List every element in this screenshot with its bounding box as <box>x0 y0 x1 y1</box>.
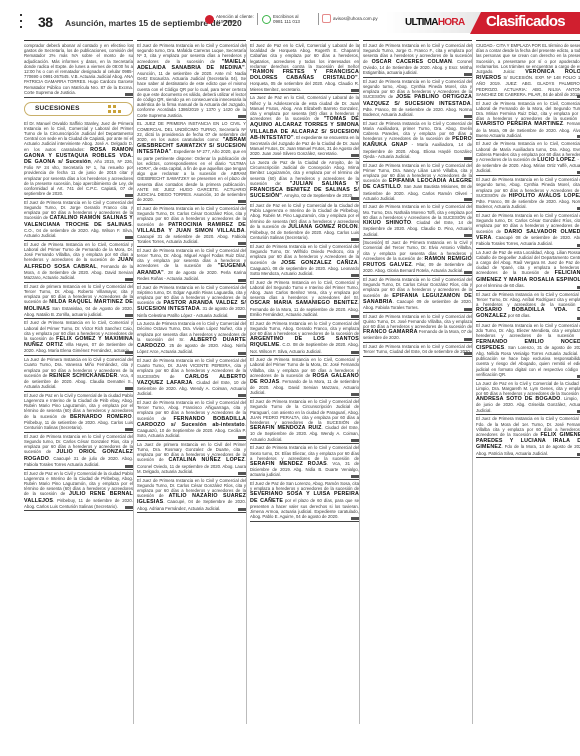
section-header-sucesiones: SUCESIONES <box>24 102 133 116</box>
edict-text: El Juez de Primera Instancia en lo Civil… <box>250 321 359 336</box>
ad-code-mark <box>351 393 359 396</box>
divider <box>318 13 319 25</box>
ad-code-mark <box>125 465 133 468</box>
edict-notice: El Juez de Primera Instancia en lo Civil… <box>137 42 246 120</box>
edict-list: El Juez de Paz en lo Civil, Comercial y … <box>250 42 359 522</box>
edict-text: La Juez de Paz en lo Civil y Comercial d… <box>476 381 580 396</box>
edict-notice: El Juez de Primera Instancia en lo Civil… <box>363 120 472 162</box>
edict-notice: El Juez de Primera Instancia en lo Civil… <box>24 199 133 241</box>
edict-notice: [Sucesión] El Juez de Primera Instancia … <box>363 239 472 276</box>
deceased-name: JULIANA GOMEZ ROLON <box>288 224 358 230</box>
edict-list: El Juez de Primera Instancia en lo Civil… <box>363 42 472 357</box>
edict-text: El Juez de Primera Instancia en lo Civil… <box>363 204 472 219</box>
ad-code-mark <box>238 200 246 203</box>
edict-notice: El Juez de Paz en lo Civil y Comercial d… <box>24 392 133 433</box>
auction-notice-tail: comprador deberá abonar al contado y en … <box>24 42 133 98</box>
edict-notice: El Juez de Primera Instancia en lo Civil… <box>24 319 133 356</box>
deceased-name: REINER SCHICKANEDER <box>49 373 117 379</box>
edict-notice: El Juez de Primera Instancia en lo Civil… <box>476 176 580 212</box>
deceased-name: OSCAR CACERES COLMAN <box>372 59 452 65</box>
edict-text: . Asunción, 11 de setiembre de 2020. Ant… <box>137 65 246 118</box>
ad-code-mark <box>464 338 472 341</box>
deceased-name: KIKUO SHINOTO <box>363 220 411 226</box>
ad-code-mark <box>125 387 133 390</box>
ad-code-mark <box>351 197 359 200</box>
edict-notice: La Juez de Paz en lo Civil y Comercial d… <box>476 380 580 416</box>
column-5: CIUDAD.- CITA Y EMPLAZA POR EL término d… <box>476 40 580 458</box>
edict-notice: El Juez de primera Instancia en lo Civil… <box>24 283 133 320</box>
email-icon <box>322 14 331 23</box>
edict-text: por 60 días. <box>507 313 531 318</box>
edict-text: El Juez de Paz en lo Civil, Comercial y … <box>250 43 359 69</box>
pattern-icon <box>108 105 122 114</box>
top-rule <box>137 40 246 41</box>
ad-code-mark <box>464 271 472 274</box>
edict-notice: El Juez de Primera Instancia en lo Civil… <box>363 42 472 78</box>
edict-notice: El Juez de Primera Instancia en lo Civil… <box>24 433 133 470</box>
ad-code-mark <box>351 154 359 157</box>
edict-notice: El Juez de Primera Instancia en lo Civil… <box>24 241 133 283</box>
edict-list: El Juez de Primera Instancia en lo Civil… <box>137 42 246 513</box>
edict-notice: CIUDAD.- CITA Y EMPLAZA POR EL término d… <box>476 42 580 100</box>
edict-text: El Juez de Primera Instancia en lo Civil… <box>476 323 580 338</box>
deceased-name: LUCIO LOPEZ <box>537 157 575 163</box>
edict-notice: El Juez de Paz en lo Civil, Comercial y … <box>250 42 359 94</box>
deceased-name: FRANCO GAMARRA <box>363 329 418 335</box>
ad-code-mark <box>125 506 133 509</box>
deceased-name: SERAFIN MENDEZ ROJAS <box>250 461 327 467</box>
divider <box>257 13 258 25</box>
ad-code-mark <box>238 279 246 282</box>
customer-service-contact: Atención al cliente:415 7000 <box>205 14 254 24</box>
classifieds-columns: comprador deberá abonar al contado y en … <box>0 40 580 756</box>
ad-code-mark <box>351 238 359 241</box>
edict-text: . Caacupé 08 de setiembre de 2020. Abog.… <box>476 235 580 246</box>
brand-logo: ULTIMAHORA <box>405 17 464 28</box>
edict-notice: EL JUEZ DE PRIMERA INSTANCIA EN LO CIVIL… <box>137 120 246 205</box>
ad-code-mark <box>238 394 246 397</box>
edict-text: por el término de 60 días. <box>476 283 525 288</box>
edict-notice: El Juez de Primera Instancia en lo Civil… <box>363 78 472 120</box>
ad-code-mark <box>238 472 246 475</box>
column-4: El Juez de Primera Instancia en lo Civil… <box>363 40 472 357</box>
edict-notice: El Juez de Primera Instancia en lo Civil… <box>137 205 246 247</box>
deceased-name: OSCAR MARIA SAMANIEGO BENITEZ <box>250 300 358 306</box>
ad-code-mark <box>464 352 472 355</box>
ad-code-mark <box>351 89 359 92</box>
column-2: El Juez de Primera Instancia en lo Civil… <box>137 40 246 513</box>
ad-code-mark <box>351 439 359 442</box>
ad-code-mark <box>125 428 133 431</box>
top-rule <box>476 40 580 41</box>
edict-list: CIUDAD.- CITA Y EMPLAZA POR EL término d… <box>476 42 580 458</box>
edict-text: El Juez de Primera Instancia en lo Civil… <box>363 314 472 329</box>
page-dots <box>20 14 23 32</box>
edict-text: El Juez de Primera Instancia en lo Civil… <box>363 344 472 354</box>
ad-code-mark <box>238 508 246 511</box>
ad-code-mark <box>238 115 246 118</box>
ad-code-mark <box>238 315 246 318</box>
edict-notice: La Juez de Paz en lo Civil, Comercial y … <box>250 94 359 159</box>
ad-code-mark <box>351 274 359 277</box>
edict-notice: El Juez de Primera Instancia en lo Civil… <box>476 100 580 141</box>
edict-notice: El Juez de Primera Instancia en lo Civil… <box>476 415 580 458</box>
edict-notice: El Dr. Manuel Osvaldo Saffirio Stanley, … <box>24 120 133 199</box>
ad-code-mark <box>238 352 246 355</box>
edict-text: , Año 2015, Nº 226, Folio Nº 24 vlto, Se… <box>24 159 133 196</box>
ad-code-mark <box>125 194 133 197</box>
edict-text: El Juez de Primera Instancia en lo Civil… <box>250 280 359 301</box>
edict-notice: El Juez de Paz en lo Civil y Comercial d… <box>250 202 359 243</box>
deceased-name: BERNARDO ROMERO <box>70 414 132 420</box>
edict-notice: El Juez de Primera Instancia en lo Civil… <box>476 212 580 249</box>
column-rule <box>246 44 247 724</box>
page-header: 38 Asunción, martes 15 de septiembre de … <box>0 0 580 36</box>
edict-notice: El Juez de Primera Instancia en lo Civil… <box>137 284 246 321</box>
edict-notice: El Juez de Primera Instancia en lo Civil… <box>363 343 472 357</box>
ad-code-mark <box>351 351 359 354</box>
edict-text: El Juez de Primera Instancia en lo Civil… <box>250 399 359 425</box>
edict-notice: La Juez de primera Instancia en lo Civil… <box>137 441 246 477</box>
edict-notice: El Juez de Primera Instancia en lo Civil… <box>250 279 359 320</box>
column-rule <box>359 44 360 724</box>
phone-icon <box>205 15 214 24</box>
edict-text: El Juez de Primera Instancia en lo Civil… <box>476 101 580 122</box>
deceased-name: ANDRESA SOTO DE BOGADO <box>476 396 560 402</box>
ad-code-mark <box>125 236 133 239</box>
edict-notice: El Juez de Primera Instancia en lo Civil… <box>137 247 246 284</box>
edict-notice: La Jueza de Primera Instancia en lo Civi… <box>137 320 246 357</box>
ad-code-mark <box>464 157 472 160</box>
edict-text: . Arroyito, 02 de Septiembre de 2020. <box>282 193 353 198</box>
ad-code-mark <box>351 315 359 318</box>
ad-code-mark <box>238 242 246 245</box>
ad-code-mark <box>464 308 472 311</box>
ad-code-mark <box>351 517 359 520</box>
ad-code-mark <box>125 278 133 281</box>
deceased-name: "RAMON FRETES Y FRANCISCA DOLORES CABAÑA… <box>250 69 359 81</box>
ad-code-mark <box>464 115 472 118</box>
column-1: comprador deberá abonar al contado y en … <box>24 40 133 511</box>
edict-notice: La Jueza de Paz de la Ciudad de Arroyito… <box>250 159 359 202</box>
edict-notice: El Juez de Primera Instancia en lo Civil… <box>363 276 472 313</box>
column-rule <box>472 44 473 724</box>
ad-code-mark <box>464 198 472 201</box>
edict-text: El Juez de Primera Instancia en lo Civil… <box>24 242 133 263</box>
top-rule <box>250 40 359 41</box>
edict-notice: El Juez de Primera Instancia en lo Civil… <box>250 320 359 357</box>
edict-notice: El Juez de Paz de San Lorenzo, Abog. Ram… <box>250 480 359 522</box>
edict-notice: El Juez de Primera Instancia en lo Civil… <box>476 322 580 380</box>
edict-notice: El Juez de Primera Instancia en lo Civil… <box>363 203 472 239</box>
edict-notice: El Juez de Primera Instancia en lo Civil… <box>250 398 359 444</box>
edict-text: El Juez de Primera Instancia en lo Civil… <box>476 292 580 307</box>
email-link[interactable]: avisos@uhora.com.py <box>333 16 378 21</box>
whatsapp-icon <box>262 15 271 24</box>
ad-code-mark <box>125 314 133 317</box>
ad-code-mark <box>351 475 359 478</box>
top-rule <box>24 40 133 41</box>
edict-notice: La Juez de Primera Instancia en lo Civil… <box>24 356 133 392</box>
deceased-name: CATALINA NUÑEZ LOPEZ <box>169 457 245 463</box>
edict-notice: El Juez de Primera Instancia en lo Civil… <box>363 162 472 204</box>
edict-notice: El Juez de Primera Instancia en lo Civil… <box>250 243 359 279</box>
ad-code-mark <box>464 73 472 76</box>
page-number: 38 <box>38 14 53 30</box>
deceased-name: EVARISTO PEREIRA MARTINEZ <box>476 121 563 127</box>
edict-notice: El Juez de Primera Instancia en lo Civil… <box>250 444 359 480</box>
whatsapp-contact: Escribinos al0981 111 013 <box>262 14 300 24</box>
deceased-name: SERAFIN MENDOZA RUIZ <box>250 425 322 431</box>
edict-text: El Juez de Paz de San Lorenzo, Abog. Ram… <box>250 481 359 491</box>
edict-text: El Juez de Primera Instancia en lo Civil… <box>250 445 359 460</box>
edict-notice: El Juez de Primera Instancia en lo Civil… <box>476 291 580 323</box>
ad-code-mark <box>125 93 133 96</box>
ad-code-mark <box>464 234 472 237</box>
edict-notice: El Juez de Primera Instancia en lo Civil… <box>137 357 246 399</box>
section-title: Clasificados <box>486 13 565 30</box>
edict-notice: La Juez de Paz de esta Localidad, Abog. … <box>476 249 580 291</box>
ad-code-mark <box>238 436 246 439</box>
top-rule <box>363 40 472 41</box>
email-contact: avisos@uhora.com.py <box>322 14 378 23</box>
edict-notice: El Juez de Paz en lo Civil y Comercial d… <box>24 470 133 512</box>
edict-notice: El Juez de Primera Instancia en lo Civil… <box>476 140 580 176</box>
edict-notice: El Juez de Primera Instancia en lo Civil… <box>250 356 359 398</box>
ad-code-mark <box>125 351 133 354</box>
edict-text: . Expediente Nº 277, Año 2020, que en su… <box>137 149 246 202</box>
column-3: El Juez de Paz en lo Civil, Comercial y … <box>250 40 359 522</box>
column-rule <box>133 44 134 724</box>
deceased-name: JOSE GONZALEZ CAÑIZA <box>281 260 358 266</box>
deceased-name: HIPOLITO AVALOS LOPEZ <box>509 193 580 199</box>
edict-notice: El Juez de Primera Instancia en lo Civil… <box>363 313 472 344</box>
edict-notice: El Juez de Primera Instancia en lo Civil… <box>137 477 246 514</box>
edict-notice: El Juez de Primera Instancia en lo Civil… <box>137 399 246 441</box>
edict-list: El Dr. Manuel Osvaldo Saffirio Stanley, … <box>24 120 133 512</box>
